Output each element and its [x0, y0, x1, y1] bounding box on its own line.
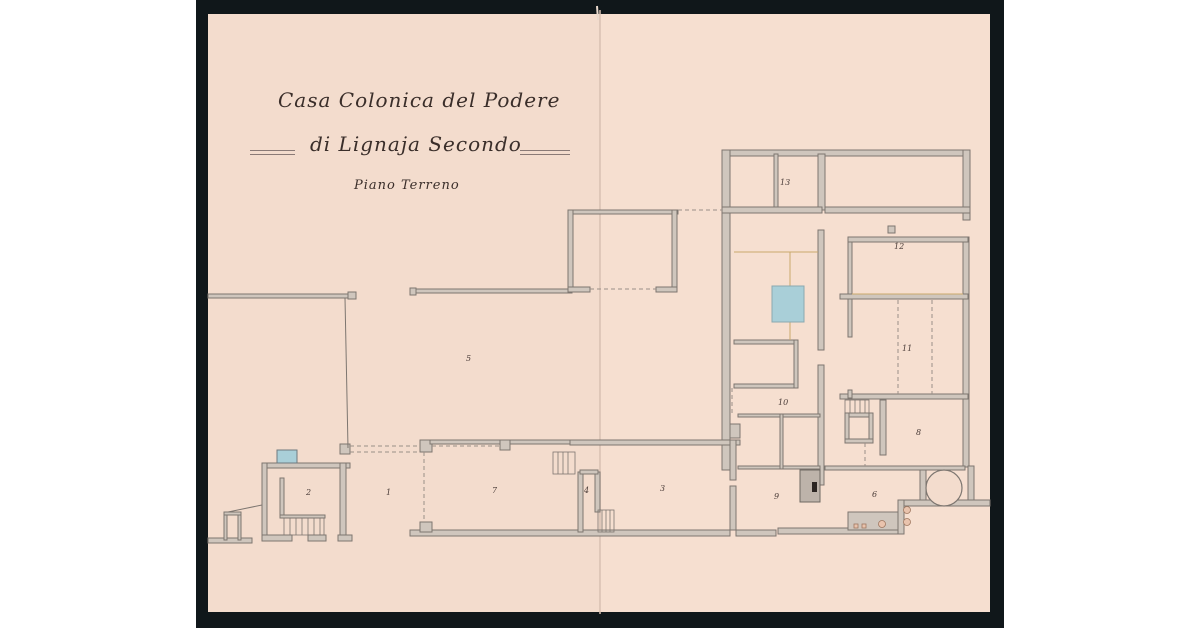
room-label: 8: [916, 428, 921, 437]
room-label: 7: [492, 486, 497, 495]
room-label: 12: [894, 242, 904, 251]
room-label: 9: [774, 492, 779, 501]
room-label: 6: [872, 490, 877, 499]
round-oven: [926, 470, 962, 506]
fireplace: [800, 470, 820, 502]
room-label: 1: [386, 488, 391, 497]
cistern-blue: [772, 286, 804, 322]
floor-plan-drawing: [0, 0, 1200, 628]
room-label: 10: [778, 398, 788, 407]
title-flourish-right: [520, 150, 570, 155]
room-label: 5: [466, 354, 471, 363]
title-line-2: di Lignaja Secondo: [310, 132, 522, 156]
room-label: 11: [902, 344, 912, 353]
room-label: 4: [584, 486, 589, 495]
room-label: 13: [780, 178, 790, 187]
room-label: 2: [306, 488, 311, 497]
dashed-openings: [350, 210, 932, 522]
well-blue: [277, 450, 297, 463]
room-label: 3: [660, 484, 665, 493]
walls: [208, 150, 990, 543]
title-line-1: Casa Colonica del Podere: [278, 88, 560, 112]
title-line-3: Piano Terreno: [354, 178, 460, 193]
title-flourish-left: [250, 150, 295, 155]
